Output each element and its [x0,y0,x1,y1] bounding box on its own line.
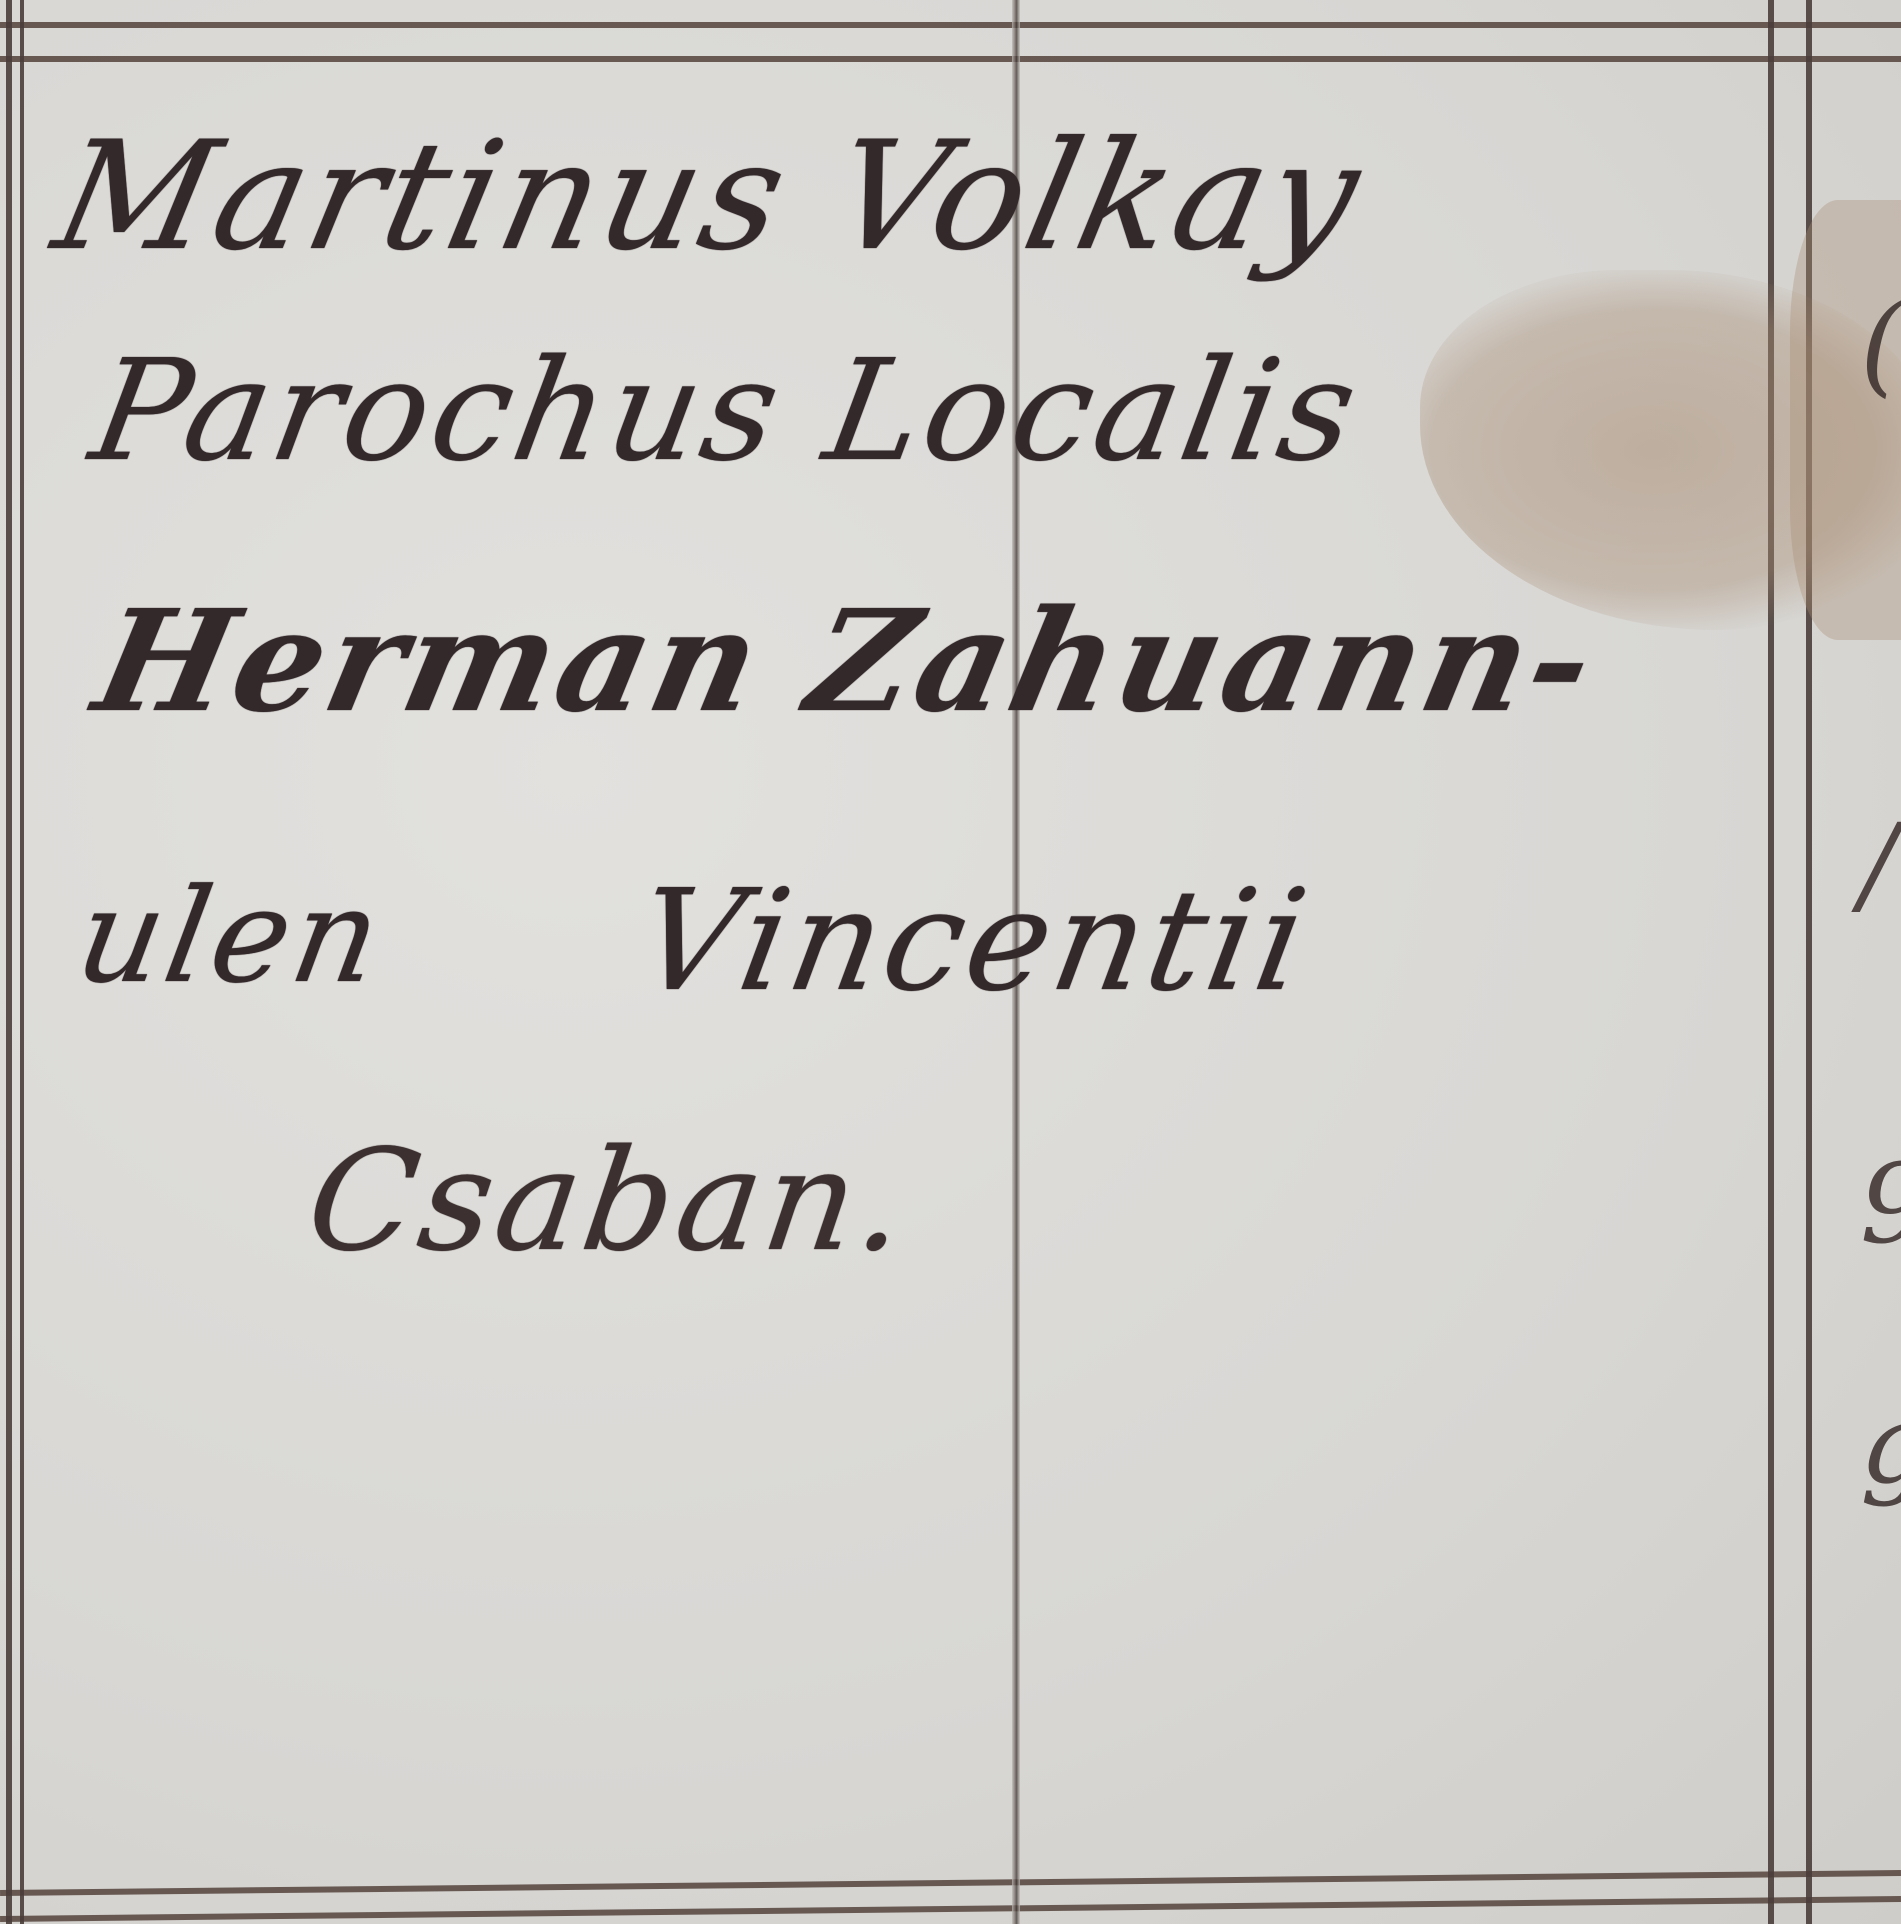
top-rule-1 [0,22,1901,28]
adjacent-fragment-3: 9 [1860,1140,1901,1268]
adjacent-fragment-1: ( [1860,280,1901,408]
handwritten-line-title: Parochus Localis [81,330,1372,493]
handwritten-line-place: Csaban. [299,1120,920,1283]
left-rule-inner [20,0,24,1924]
adjacent-fragment-2: / [1860,800,1897,928]
top-rule-2 [0,56,1901,62]
water-stain-edge [1790,200,1901,640]
left-rule [6,0,12,1924]
handwritten-line-continuation: ulen [67,860,396,1012]
bottom-rule-1 [0,1870,1901,1896]
handwritten-line-name: Martinus Volkay [42,110,1378,284]
handwritten-line-vincentii: Vincentii [626,860,1322,1023]
document-photo: Martinus Volkay Parochus Localis Herman … [0,0,1901,1924]
adjacent-fragment-4: g [1860,1380,1901,1508]
bottom-rule-2 [0,1896,1901,1922]
handwritten-line-name-2: Herman Zahuann- [83,580,1611,744]
